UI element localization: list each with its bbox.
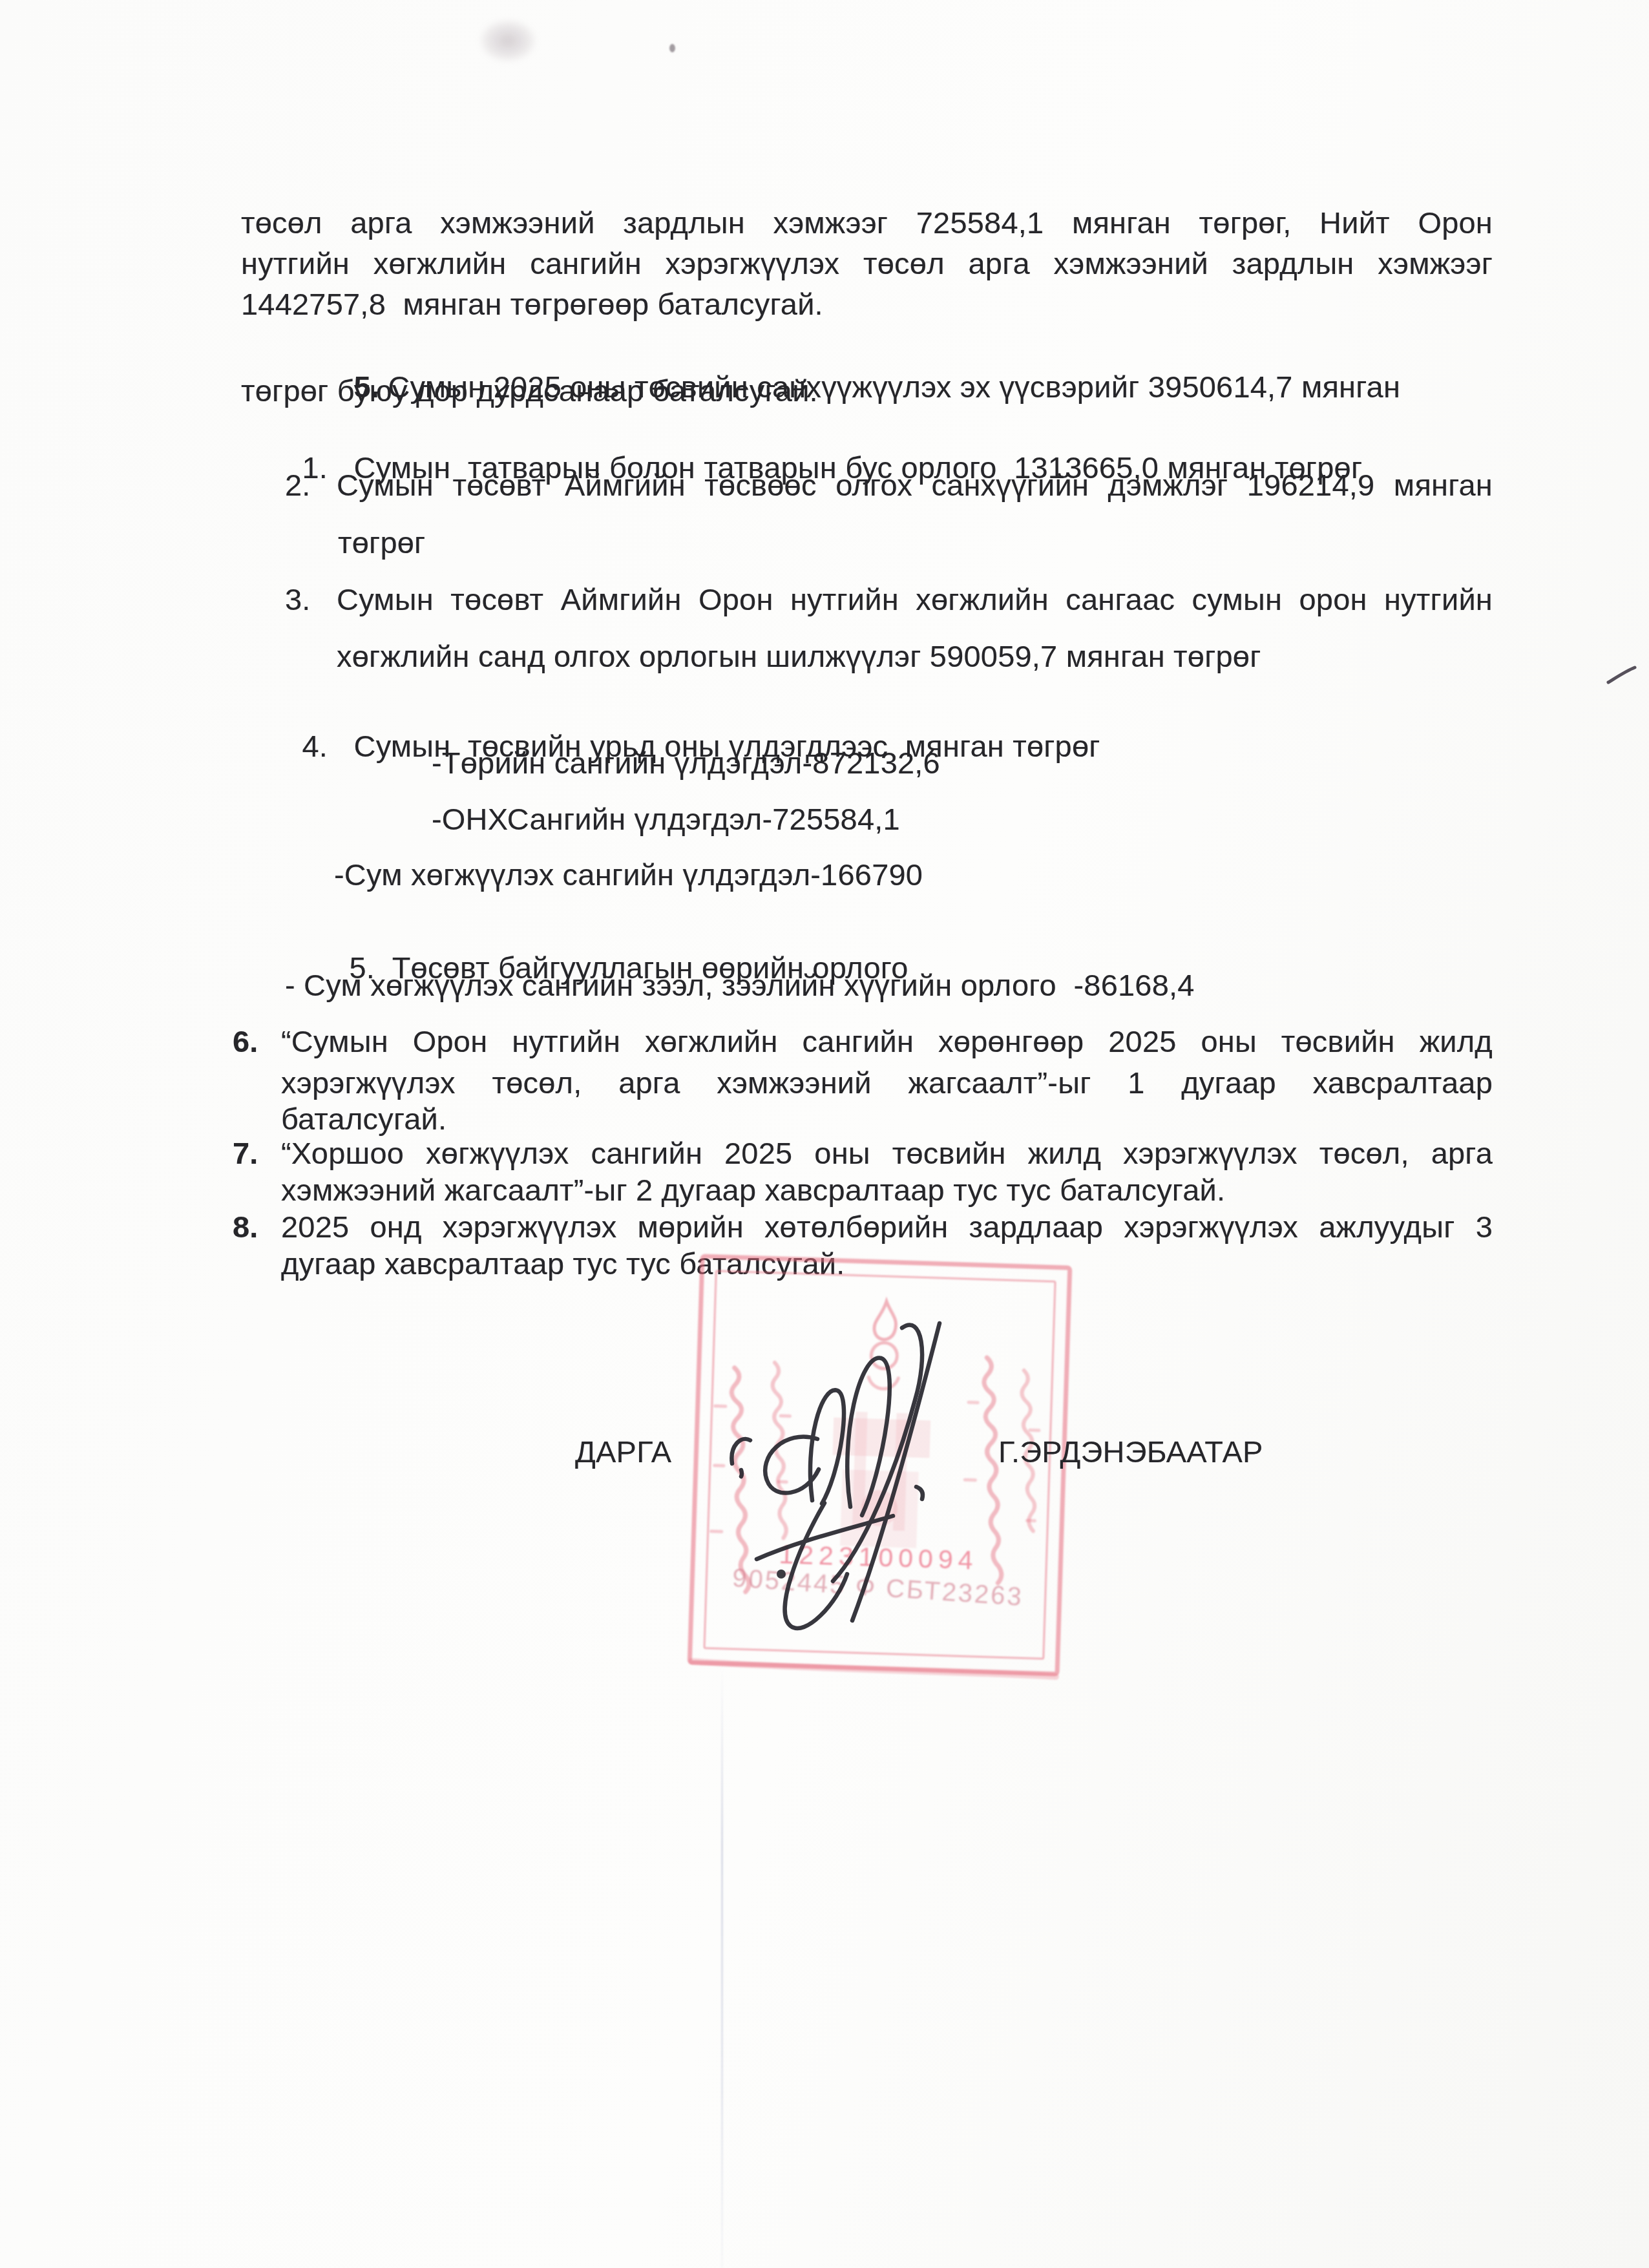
- funding-item-4-sub-2: -ОНХСангийн үлдэгдэл-725584,1: [432, 801, 900, 837]
- signature-title: ДАРГА: [575, 1433, 671, 1470]
- pen-tick-mark: [1606, 664, 1638, 686]
- scanned-document-page: { "document": { "intro": { "lines": [ "т…: [0, 0, 1649, 2268]
- signature-initial: [731, 1439, 750, 1476]
- funding-loan-line: - Сум хөгжүүлэх сангийн зээл, зээлийн хү…: [285, 967, 1195, 1003]
- clause5-line-2: төгрөг буюу дор дурдсанаар баталсугай.: [241, 372, 818, 409]
- signature-name: Г.ЭРДЭНЭБААТАР: [998, 1433, 1263, 1470]
- intro-line-2: нутгийн хөгжлийн сангийн хэрэгжүүлэх төс…: [241, 245, 1493, 282]
- ink-speck: [669, 44, 675, 52]
- signature-tail-hook: [916, 1487, 923, 1499]
- signature-ink-dot: [777, 1570, 786, 1579]
- paper-crease: [721, 1664, 723, 2268]
- clause6-line-2: хэрэгжүүлэх төсөл, арга хэмжээний жагсаа…: [281, 1064, 1493, 1101]
- funding-item-3-wrap: хөгжлийн санд олгох орлогын шилжүүлэг 59…: [337, 638, 1261, 675]
- clause6-line-1: 6.“Сумын Орон нутгийн хөгжлийн сангийн х…: [233, 1023, 1493, 1060]
- clause8-line-1: 8.2025 онд хэрэгжүүлэх мөрийн хөтөлбөрий…: [233, 1208, 1493, 1245]
- clause7-line-2: хэмжээний жагсаалт”-ыг 2 дугаар хавсралт…: [281, 1171, 1225, 1208]
- funding-item-2-wrap: төгрөг: [338, 524, 425, 561]
- funding-item-4-sub-3: -Сум хөгжүүлэх сангийн үлдэгдэл-166790: [334, 856, 923, 893]
- clause7-line-1: 7.“Хоршоо хөгжүүлэх сангийн 2025 оны төс…: [233, 1135, 1493, 1171]
- signature-lower-flourish: [785, 1503, 847, 1628]
- funding-item-4-sub-1: -Төрийн сангийн үлдэгдэл-872132,6: [432, 744, 940, 781]
- intro-line-3: 1442757,8 мянган төгрөгөөр баталсугай.: [241, 286, 823, 322]
- funding-item-2: 2.Сумын төсөвт Аймгийн төсвөөс олгох сан…: [285, 467, 1493, 503]
- signature-loop-tall-1: [810, 1390, 844, 1504]
- clause6-line-3: баталсугай.: [281, 1100, 446, 1137]
- funding-item-3: 3.Сумын төсөвт Аймгийн Орон нутгийн хөгж…: [285, 581, 1493, 618]
- ink-smudge: [469, 12, 547, 70]
- signature-underline-sweep: [757, 1516, 893, 1559]
- signature-ink: [708, 1276, 1031, 1703]
- intro-line-1: төсөл арга хэмжээний зардлын хэмжээг 725…: [241, 204, 1493, 241]
